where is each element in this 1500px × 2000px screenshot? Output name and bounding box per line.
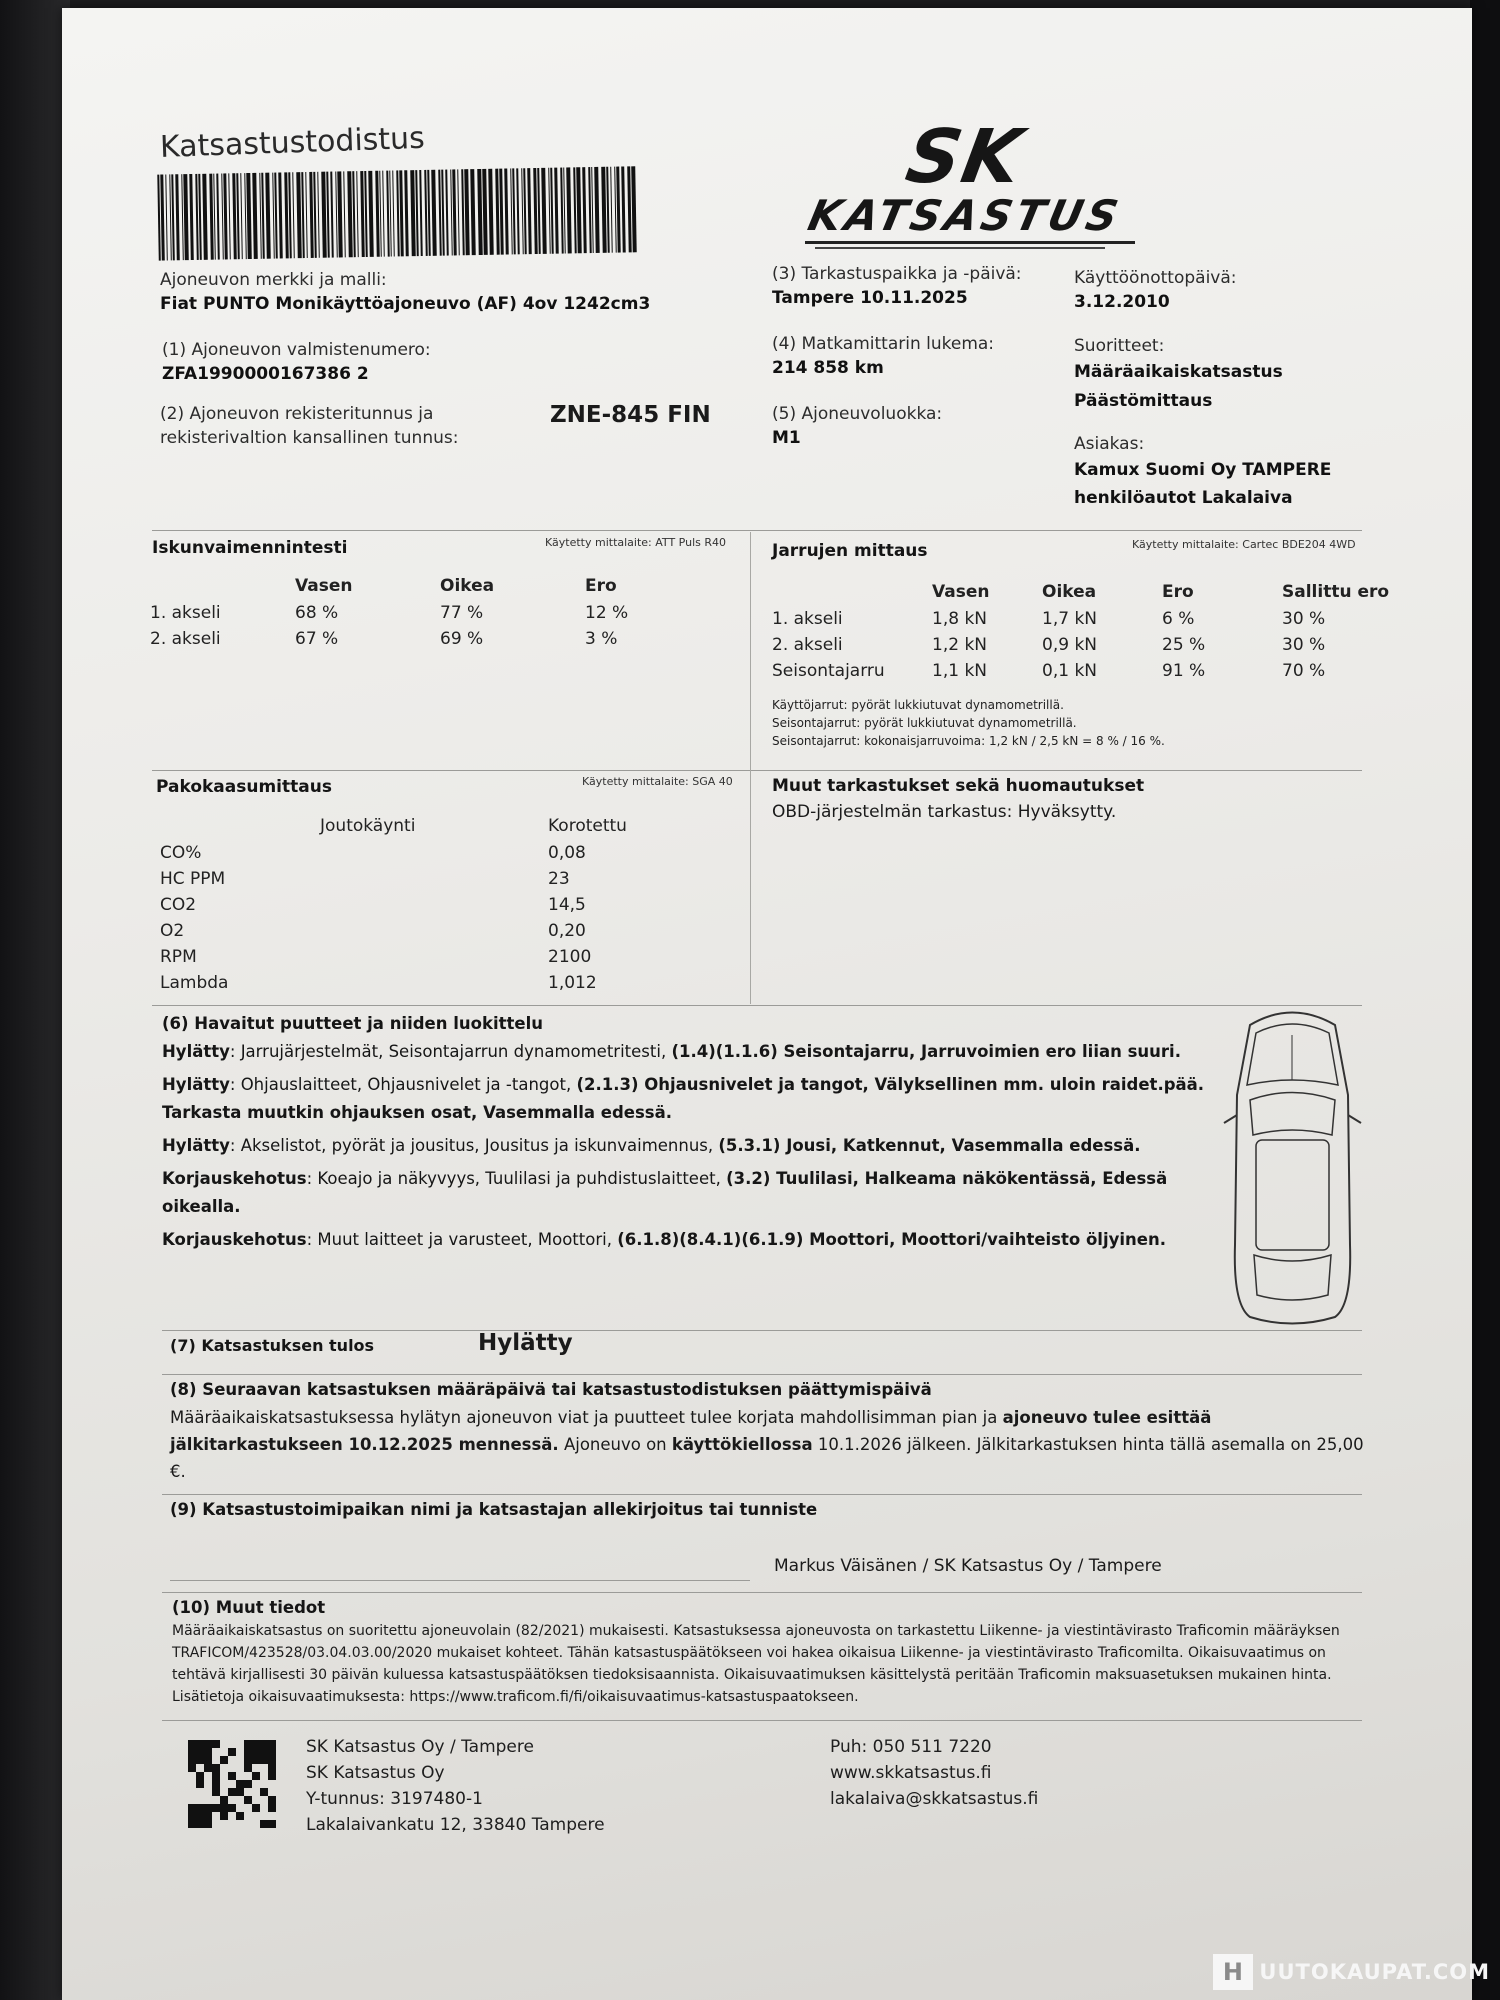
table-cell: 25 % bbox=[1162, 632, 1282, 658]
huutokaupat-logo-icon: H bbox=[1213, 1954, 1253, 1990]
odometer-value: 214 858 km bbox=[772, 356, 994, 380]
table-cell: 1,012 bbox=[548, 970, 668, 996]
emission-test-table: JoutokäyntiKorotettu CO%0,08HC PPM23CO21… bbox=[160, 812, 668, 996]
next-inspection-text: Määräaikaiskatsastuksessa hylätyn ajoneu… bbox=[170, 1404, 1365, 1485]
defect-description: : Muut laitteet ja varusteet, Moottori, bbox=[307, 1230, 618, 1249]
shock-test-device: Käytetty mittalaite: ATT Puls R40 bbox=[545, 536, 726, 549]
defect-description: : Jarrujärjestelmät, Seisontajarrun dyna… bbox=[230, 1042, 672, 1061]
table-cell bbox=[320, 918, 548, 944]
table-cell: 1,1 kN bbox=[932, 658, 1042, 684]
table-cell: 68 % bbox=[295, 600, 440, 626]
table-cell: 91 % bbox=[1162, 658, 1282, 684]
table-row: 2. akseli1,2 kN0,9 kN25 %30 % bbox=[772, 632, 1402, 658]
signature-title: (9) Katsastustoimipaikan nimi ja katsast… bbox=[170, 1500, 817, 1519]
logo-katsastus: KATSASTUS bbox=[780, 194, 1149, 238]
table-cell: 23 bbox=[548, 866, 668, 892]
table-cell: 1,2 kN bbox=[932, 632, 1042, 658]
defect-status: Korjauskehotus bbox=[162, 1169, 307, 1188]
defect-description: : Akselistot, pyörät ja jousitus, Jousit… bbox=[230, 1136, 719, 1155]
services-label: Suoritteet: bbox=[1074, 334, 1283, 358]
dark-background-right bbox=[1470, 0, 1500, 2000]
service-item: Päästömittaus bbox=[1074, 387, 1283, 416]
defect-status: Korjauskehotus bbox=[162, 1230, 307, 1249]
footer-line: SK Katsastus Oy / Tampere bbox=[306, 1734, 605, 1760]
odometer-field: (4) Matkamittarin lukema: 214 858 km bbox=[772, 332, 994, 380]
vehicle-class-field: (5) Ajoneuvoluokka: M1 bbox=[772, 402, 942, 450]
logo-sk: SK bbox=[778, 120, 1151, 194]
table-cell: 30 % bbox=[1282, 632, 1402, 658]
divider bbox=[162, 1330, 1362, 1331]
table-cell: HC PPM bbox=[160, 866, 320, 892]
column-header: Oikea bbox=[440, 572, 585, 600]
divider bbox=[152, 1005, 1362, 1006]
column-header: Korotettu bbox=[548, 812, 668, 840]
table-cell bbox=[320, 840, 548, 866]
dark-background-left bbox=[0, 0, 70, 2000]
registration-label-field: (2) Ajoneuvon rekisteritunnus ja rekiste… bbox=[160, 402, 458, 450]
brake-note: Käyttöjarrut: pyörät lukkiutuvat dynamom… bbox=[772, 696, 1165, 714]
other-checks-text: OBD-järjestelmän tarkastus: Hyväksytty. bbox=[772, 802, 1116, 822]
footer-line: www.skkatsastus.fi bbox=[830, 1760, 1038, 1786]
table-cell: 0,20 bbox=[548, 918, 668, 944]
table-row: Lambda1,012 bbox=[160, 970, 668, 996]
table-cell: 0,1 kN bbox=[1042, 658, 1162, 684]
brake-note: Seisontajarrut: pyörät lukkiutuvat dynam… bbox=[772, 714, 1165, 732]
qr-code bbox=[188, 1740, 276, 1828]
sk-katsastus-logo: SK KATSASTUS bbox=[785, 120, 1145, 249]
table-cell: O2 bbox=[160, 918, 320, 944]
footer-line: lakalaiva@skkatsastus.fi bbox=[830, 1786, 1038, 1812]
table-cell: 69 % bbox=[440, 626, 585, 652]
footer-company-info: SK Katsastus Oy / TampereSK Katsastus Oy… bbox=[306, 1734, 605, 1838]
table-cell: Seisontajarru bbox=[772, 658, 932, 684]
table-cell bbox=[320, 970, 548, 996]
vehicle-class-value: M1 bbox=[772, 426, 942, 450]
logo-swoosh bbox=[805, 241, 1135, 244]
result-value: Hylätty bbox=[478, 1330, 573, 1356]
footer-line: Puh: 050 511 7220 bbox=[830, 1734, 1038, 1760]
other-info-text: Määräaikaiskatsastus on suoritettu ajone… bbox=[172, 1620, 1352, 1708]
service-item: Määräaikaiskatsastus bbox=[1074, 358, 1283, 387]
result-label: (7) Katsastuksen tulos bbox=[170, 1336, 374, 1355]
defect-status: Hylätty bbox=[162, 1136, 230, 1155]
customer-line: henkilöautot Lakalaiva bbox=[1074, 484, 1331, 512]
column-header: Oikea bbox=[1042, 578, 1162, 606]
defect-code-detail: (5.3.1) Jousi, Katkennut, Vasemmalla ede… bbox=[718, 1136, 1140, 1155]
divider bbox=[162, 1374, 1362, 1375]
first-use-field: Käyttöönottopäivä: 3.12.2010 bbox=[1074, 266, 1237, 314]
first-use-label: Käyttöönottopäivä: bbox=[1074, 266, 1237, 290]
shock-test-table: VasenOikeaEro 1. akseli68 %77 %12 %2. ak… bbox=[150, 572, 705, 652]
customer-label: Asiakas: bbox=[1074, 432, 1331, 456]
customer-field: Asiakas: Kamux Suomi Oy TAMPERE henkilöa… bbox=[1074, 432, 1331, 512]
table-cell: 0,9 kN bbox=[1042, 632, 1162, 658]
table-cell: 6 % bbox=[1162, 606, 1282, 632]
defects-list: Hylätty: Jarrujärjestelmät, Seisontajarr… bbox=[162, 1038, 1212, 1259]
emission-test-device: Käytetty mittalaite: SGA 40 bbox=[582, 775, 733, 788]
inspector-name: Markus Väisänen / SK Katsastus Oy / Tamp… bbox=[774, 1556, 1162, 1576]
barcode bbox=[157, 165, 686, 260]
vin-label: (1) Ajoneuvon valmistenumero: bbox=[162, 338, 431, 362]
footer-line: Lakalaivankatu 12, 33840 Tampere bbox=[306, 1812, 605, 1838]
footer-line: SK Katsastus Oy bbox=[306, 1760, 605, 1786]
table-cell: 70 % bbox=[1282, 658, 1402, 684]
table-cell: 77 % bbox=[440, 600, 585, 626]
table-cell bbox=[320, 892, 548, 918]
make-model-value: Fiat PUNTO Monikäyttöajoneuvo (AF) 4ov 1… bbox=[160, 292, 650, 316]
defects-title: (6) Havaitut puutteet ja niiden luokitte… bbox=[162, 1014, 543, 1033]
divider bbox=[152, 530, 1362, 531]
watermark-text: UUTOKAUPAT.COM bbox=[1259, 1960, 1490, 1984]
table-row: 1. akseli68 %77 %12 % bbox=[150, 600, 705, 626]
vin-value: ZFA1990000167386 2 bbox=[162, 362, 431, 386]
column-header: Ero bbox=[585, 572, 705, 600]
signature-line bbox=[170, 1580, 750, 1581]
table-row: RPM2100 bbox=[160, 944, 668, 970]
huutokaupat-watermark: H UUTOKAUPAT.COM bbox=[1213, 1954, 1490, 1990]
vehicle-class-label: (5) Ajoneuvoluokka: bbox=[772, 402, 942, 426]
table-cell: 67 % bbox=[295, 626, 440, 652]
column-header: Vasen bbox=[932, 578, 1042, 606]
column-header: Joutokäynti bbox=[320, 812, 548, 840]
table-cell: 2100 bbox=[548, 944, 668, 970]
divider bbox=[162, 1592, 1362, 1593]
divider bbox=[162, 1720, 1362, 1721]
footer-contact-info: Puh: 050 511 7220www.skkatsastus.filakal… bbox=[830, 1734, 1038, 1812]
next-inspection-text-part: Määräaikaiskatsastuksessa hylätyn ajoneu… bbox=[170, 1408, 1003, 1427]
table-cell: Lambda bbox=[160, 970, 320, 996]
registration-label-2: rekisterivaltion kansallinen tunnus: bbox=[160, 426, 458, 450]
emission-test-title: Pakokaasumittaus bbox=[156, 777, 332, 797]
customer-line: Kamux Suomi Oy TAMPERE bbox=[1074, 456, 1331, 484]
column-header bbox=[160, 812, 320, 840]
column-header bbox=[772, 578, 932, 606]
defect-item: Korjauskehotus: Muut laitteet ja varuste… bbox=[162, 1226, 1212, 1254]
table-cell: 1,8 kN bbox=[932, 606, 1042, 632]
brake-note: Seisontajarrut: kokonaisjarruvoima: 1,2 … bbox=[772, 732, 1165, 750]
column-header: Vasen bbox=[295, 572, 440, 600]
defect-item: Hylätty: Akselistot, pyörät ja jousitus,… bbox=[162, 1132, 1212, 1160]
table-cell: 2. akseli bbox=[150, 626, 295, 652]
column-divider bbox=[750, 532, 751, 1004]
table-row: CO%0,08 bbox=[160, 840, 668, 866]
defect-code-detail: (6.1.8)(8.4.1)(6.1.9) Moottori, Moottori… bbox=[617, 1230, 1166, 1249]
registration-label-1: (2) Ajoneuvon rekisteritunnus ja bbox=[160, 402, 458, 426]
usage-ban-label: käyttökiellossa bbox=[672, 1435, 813, 1454]
defect-item: Korjauskehotus: Koeajo ja näkyvyys, Tuul… bbox=[162, 1165, 1212, 1221]
column-header: Sallittu ero bbox=[1282, 578, 1402, 606]
column-header bbox=[150, 572, 295, 600]
table-row: Seisontajarru1,1 kN0,1 kN91 %70 % bbox=[772, 658, 1402, 684]
table-cell: 1. akseli bbox=[772, 606, 932, 632]
table-cell: 14,5 bbox=[548, 892, 668, 918]
defect-description: : Koeajo ja näkyvyys, Tuulilasi ja puhdi… bbox=[307, 1169, 726, 1188]
table-cell bbox=[320, 944, 548, 970]
defect-item: Hylätty: Ohjauslaitteet, Ohjausnivelet j… bbox=[162, 1071, 1212, 1127]
place-date-field: (3) Tarkastuspaikka ja -päivä: Tampere 1… bbox=[772, 262, 1022, 310]
table-cell: 1. akseli bbox=[150, 600, 295, 626]
other-checks-title: Muut tarkastukset sekä huomautukset bbox=[772, 776, 1144, 796]
services-field: Suoritteet: Määräaikaiskatsastus Päästöm… bbox=[1074, 334, 1283, 416]
table-row: HC PPM23 bbox=[160, 866, 668, 892]
brake-test-title: Jarrujen mittaus bbox=[772, 541, 928, 561]
table-row: 2. akseli67 %69 %3 % bbox=[150, 626, 705, 652]
defect-item: Hylätty: Jarrujärjestelmät, Seisontajarr… bbox=[162, 1038, 1212, 1066]
defect-code-detail: (1.4)(1.1.6) Seisontajarru, Jarruvoimien… bbox=[671, 1042, 1181, 1061]
table-row: 1. akseli1,8 kN1,7 kN6 %30 % bbox=[772, 606, 1402, 632]
table-cell: 2. akseli bbox=[772, 632, 932, 658]
table-cell: 0,08 bbox=[548, 840, 668, 866]
brake-test-device: Käytetty mittalaite: Cartec BDE204 4WD bbox=[1132, 538, 1356, 551]
car-diagram-icon bbox=[1220, 1005, 1365, 1325]
place-date-value: Tampere 10.11.2025 bbox=[772, 286, 1022, 310]
table-row: CO214,5 bbox=[160, 892, 668, 918]
table-cell: 12 % bbox=[585, 600, 705, 626]
table-row: O20,20 bbox=[160, 918, 668, 944]
brake-test-notes: Käyttöjarrut: pyörät lukkiutuvat dynamom… bbox=[772, 696, 1165, 750]
column-header: Ero bbox=[1162, 578, 1282, 606]
vin-field: (1) Ajoneuvon valmistenumero: ZFA1990000… bbox=[162, 338, 431, 386]
shock-test-title: Iskunvaimennintesti bbox=[152, 538, 347, 558]
place-date-label: (3) Tarkastuspaikka ja -päivä: bbox=[772, 262, 1022, 286]
divider bbox=[162, 1494, 1362, 1495]
table-cell: 3 % bbox=[585, 626, 705, 652]
other-info-title: (10) Muut tiedot bbox=[172, 1598, 325, 1617]
divider bbox=[152, 770, 1362, 771]
odometer-label: (4) Matkamittarin lukema: bbox=[772, 332, 994, 356]
registration-number: ZNE-845 FIN bbox=[550, 402, 711, 428]
table-cell: 1,7 kN bbox=[1042, 606, 1162, 632]
table-cell: CO2 bbox=[160, 892, 320, 918]
logo-swoosh bbox=[815, 247, 1105, 249]
defect-status: Hylätty bbox=[162, 1075, 230, 1094]
table-cell: RPM bbox=[160, 944, 320, 970]
next-inspection-title: (8) Seuraavan katsastuksen määräpäivä ta… bbox=[170, 1380, 932, 1399]
first-use-value: 3.12.2010 bbox=[1074, 290, 1237, 314]
footer-line: Y-tunnus: 3197480-1 bbox=[306, 1786, 605, 1812]
next-inspection-text-part: Ajoneuvo on bbox=[559, 1435, 672, 1454]
defect-status: Hylätty bbox=[162, 1042, 230, 1061]
table-cell: 30 % bbox=[1282, 606, 1402, 632]
table-cell: CO% bbox=[160, 840, 320, 866]
make-model-field: Ajoneuvon merkki ja malli: Fiat PUNTO Mo… bbox=[160, 268, 650, 316]
table-cell bbox=[320, 866, 548, 892]
brake-test-table: VasenOikeaEroSallittu ero 1. akseli1,8 k… bbox=[772, 578, 1402, 684]
make-model-label: Ajoneuvon merkki ja malli: bbox=[160, 268, 650, 292]
defect-description: : Ohjauslaitteet, Ohjausnivelet ja -tang… bbox=[230, 1075, 577, 1094]
